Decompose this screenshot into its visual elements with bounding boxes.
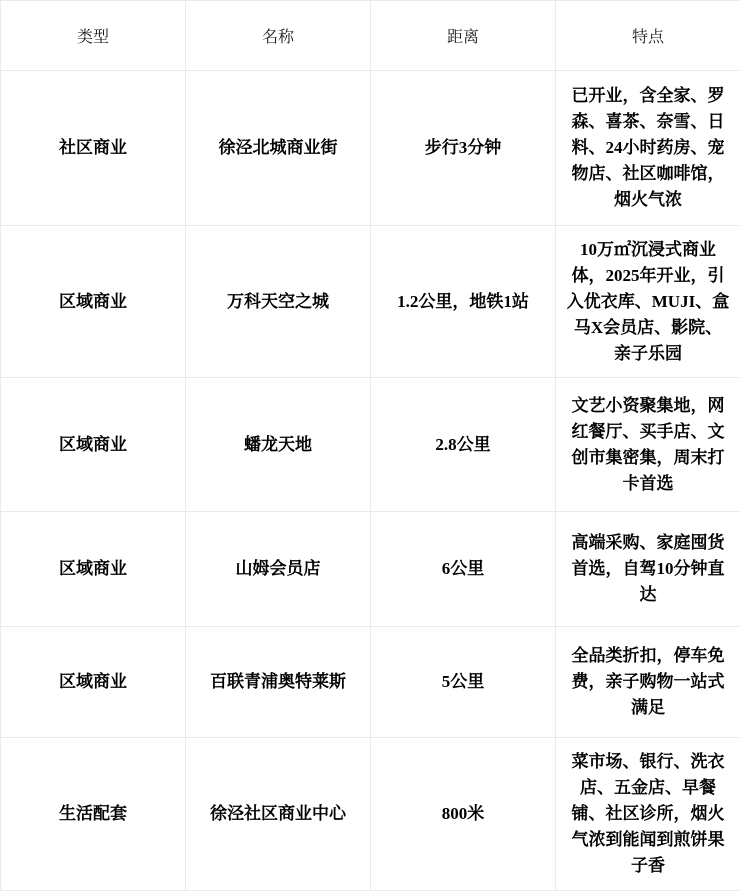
cell-type: 区域商业	[1, 378, 186, 512]
cell-features: 全品类折扣，停车免费，亲子购物一站式满足	[556, 627, 740, 738]
cell-type: 区域商业	[1, 512, 186, 627]
table-row: 区域商业 蟠龙天地 2.8公里 文艺小资聚集地，网红餐厅、买手店、文创市集密集，…	[1, 378, 740, 512]
header-cell-features: 特点	[556, 1, 740, 71]
header-cell-distance: 距离	[371, 1, 556, 71]
commercial-facilities-table: 类型 名称 距离 特点 社区商业 徐泾北城商业街 步行3分钟 已开业，含全家、罗…	[0, 0, 740, 891]
cell-type: 生活配套	[1, 738, 186, 891]
cell-features: 已开业，含全家、罗森、喜茶、奈雪、日料、24小时药房、宠物店、社区咖啡馆，烟火气…	[556, 71, 740, 226]
table-row: 区域商业 万科天空之城 1.2公里，地铁1站 10万㎡沉浸式商业体，2025年开…	[1, 226, 740, 378]
header-cell-type: 类型	[1, 1, 186, 71]
cell-type: 社区商业	[1, 71, 186, 226]
cell-distance: 2.8公里	[371, 378, 556, 512]
cell-distance: 800米	[371, 738, 556, 891]
cell-features: 高端采购、家庭囤货首选，自驾10分钟直达	[556, 512, 740, 627]
table-body: 社区商业 徐泾北城商业街 步行3分钟 已开业，含全家、罗森、喜茶、奈雪、日料、2…	[1, 71, 740, 891]
cell-features: 文艺小资聚集地，网红餐厅、买手店、文创市集密集，周末打卡首选	[556, 378, 740, 512]
cell-name: 徐泾北城商业街	[186, 71, 371, 226]
page: 类型 名称 距离 特点 社区商业 徐泾北城商业街 步行3分钟 已开业，含全家、罗…	[0, 0, 740, 894]
cell-features: 菜市场、银行、洗衣店、五金店、早餐铺、社区诊所，烟火气浓到能闻到煎饼果子香	[556, 738, 740, 891]
table-row: 生活配套 徐泾社区商业中心 800米 菜市场、银行、洗衣店、五金店、早餐铺、社区…	[1, 738, 740, 891]
table-row: 社区商业 徐泾北城商业街 步行3分钟 已开业，含全家、罗森、喜茶、奈雪、日料、2…	[1, 71, 740, 226]
cell-features: 10万㎡沉浸式商业体，2025年开业，引入优衣库、MUJI、盒马X会员店、影院、…	[556, 226, 740, 378]
header-cell-name: 名称	[186, 1, 371, 71]
cell-type: 区域商业	[1, 226, 186, 378]
cell-name: 徐泾社区商业中心	[186, 738, 371, 891]
table-row: 区域商业 百联青浦奥特莱斯 5公里 全品类折扣，停车免费，亲子购物一站式满足	[1, 627, 740, 738]
cell-name: 百联青浦奥特莱斯	[186, 627, 371, 738]
header-row: 类型 名称 距离 特点	[1, 1, 740, 71]
table-row: 区域商业 山姆会员店 6公里 高端采购、家庭囤货首选，自驾10分钟直达	[1, 512, 740, 627]
cell-distance: 1.2公里，地铁1站	[371, 226, 556, 378]
cell-distance: 5公里	[371, 627, 556, 738]
cell-name: 山姆会员店	[186, 512, 371, 627]
cell-distance: 步行3分钟	[371, 71, 556, 226]
cell-type: 区域商业	[1, 627, 186, 738]
table-header: 类型 名称 距离 特点	[1, 1, 740, 71]
cell-name: 蟠龙天地	[186, 378, 371, 512]
cell-name: 万科天空之城	[186, 226, 371, 378]
cell-distance: 6公里	[371, 512, 556, 627]
